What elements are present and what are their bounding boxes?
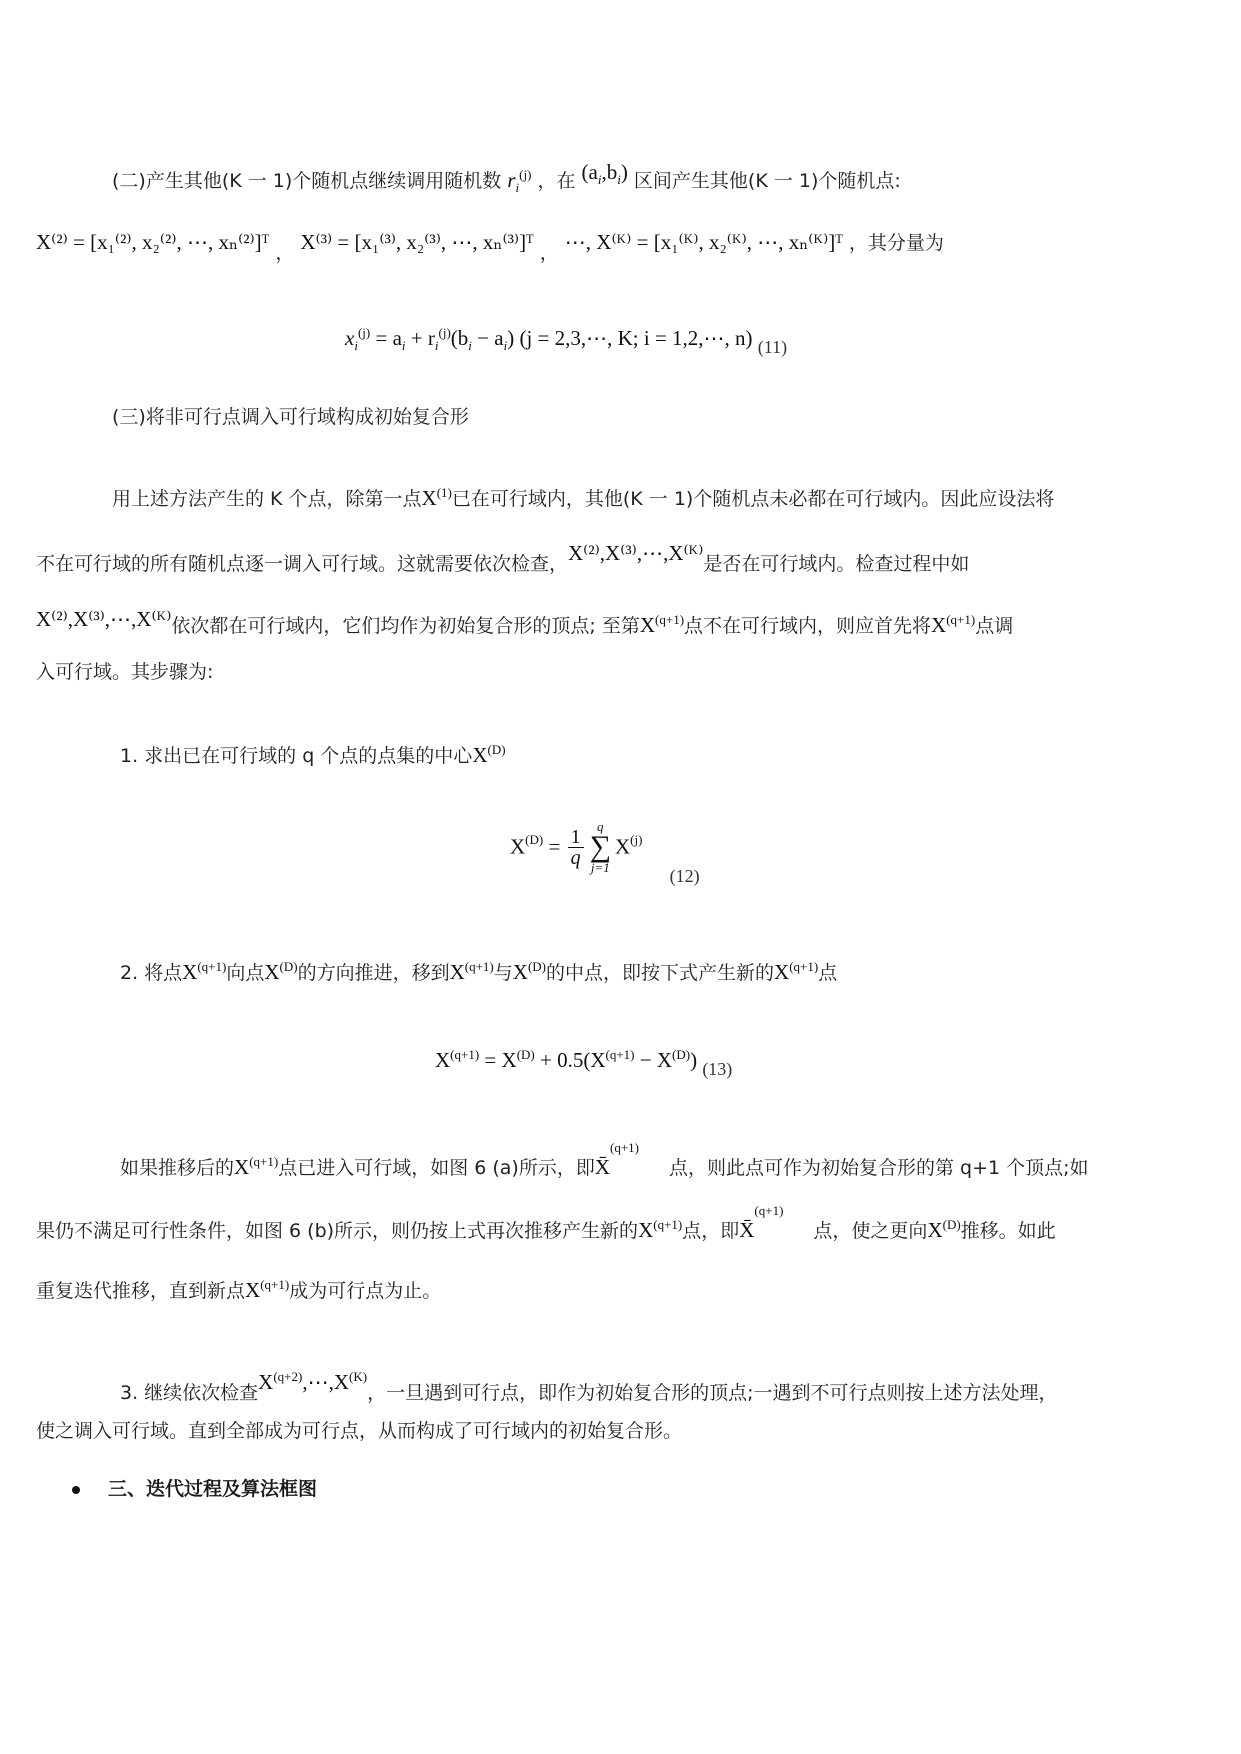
x-sequence-symbol: X⁽²⁾,X⁽³⁾,⋯,X⁽ᴷ⁾ — [36, 607, 171, 631]
step-3-line-1: 3. 继续依次检查X(q+2),⋯,X(K)，一旦遇到可行点，即作为初始复合形的… — [120, 1382, 1057, 1403]
para-3-line-1: 用上述方法产生的 K 个点，除第一点X(1)已在可行域内，其他(K 一 1)个随… — [112, 488, 1054, 509]
para-4-line-1: 如果推移后的X(q+1)点已进入可行域，如图 6 (a)所示，即X̄(q+1)点… — [120, 1157, 1089, 1178]
equation-13: X(q+1) = X(D) + 0.5(X(q+1) − X(D)) (13) — [435, 1050, 732, 1078]
para-3-line-2: 不在可行域的所有随机点逐一调入可行域。这就需要依次检查，X⁽²⁾,X⁽³⁾,⋯,… — [36, 553, 969, 574]
step-2: 2. 将点X(q+1)向点X(D)的方向推进，移到X(q+1)与X(D)的中点，… — [120, 962, 837, 983]
bullet-icon — [72, 1486, 80, 1494]
para-2-suffix: 区间产生其他(K 一 1)个随机点: — [634, 170, 901, 192]
equation-12: X(D) = 1qq∑j=1X(j) (12) — [510, 820, 700, 885]
para-3-heading: (三)将非可行点调入可行域构成初始复合形 — [112, 408, 469, 427]
vector-sep-1: ， — [275, 242, 294, 264]
interval-symbol: (ai,bi) — [582, 160, 628, 184]
equation-11: xi(j) = ai + ri(j)(bi − ai) (j = 2,3,⋯, … — [345, 328, 787, 356]
xq1-symbol: X(q+1) — [640, 613, 684, 637]
vectors-line: X⁽²⁾ = [x₁⁽²⁾, x₂⁽²⁾, ⋯, xₙ⁽²⁾]ᵀ ， X⁽³⁾ … — [36, 232, 944, 253]
para-3-line-3: X⁽²⁾,X⁽³⁾,⋯,X⁽ᴷ⁾依次都在可行域内，它们均作为初始复合形的顶点; … — [36, 615, 1013, 636]
xq1-symbol: X(q+1) — [931, 613, 975, 637]
vector-x2: X⁽²⁾ = [x₁⁽²⁾, x₂⁽²⁾, ⋯, xₙ⁽²⁾]ᵀ — [36, 230, 269, 254]
para-2-mid: ，在 — [537, 170, 575, 192]
vector-xk: ⋯, X⁽ᴷ⁾ = [x₁⁽ᴷ⁾, x₂⁽ᴷ⁾, ⋯, xₙ⁽ᴷ⁾]ᵀ — [565, 230, 843, 254]
para-4-line-3: 重复迭代推移，直到新点X(q+1)成为可行点为止。 — [36, 1280, 441, 1301]
step-1: 1. 求出已在可行域的 q 个点的点集的中心X(D) — [120, 745, 506, 766]
equation-13-number: (13) — [702, 1059, 732, 1079]
vector-x3: X⁽³⁾ = [x₁⁽³⁾, x₂⁽³⁾, ⋯, xₙ⁽³⁾]ᵀ — [300, 230, 533, 254]
section-heading: 三、迭代过程及算法框图 — [72, 1480, 317, 1499]
section-heading-text: 三、迭代过程及算法框图 — [108, 1478, 317, 1500]
equation-12-number: (12) — [670, 866, 700, 886]
vectors-suffix: ，其分量为 — [849, 232, 944, 254]
step-3-line-2: 使之调入可行域。直到全部成为可行点，从而构成了可行域内的初始复合形。 — [36, 1422, 682, 1441]
equation-11-number: (11) — [758, 337, 787, 357]
para-2-prefix: (二)产生其他(K 一 1)个随机点继续调用随机数 — [112, 170, 501, 192]
para-3-line-4: 入可行域。其步骤为: — [36, 663, 213, 682]
para-4-line-2: 果仍不满足可行性条件，如图 6 (b)所示，则仍按上式再次推移产生新的X(q+1… — [36, 1220, 1056, 1241]
fraction: 1q — [568, 827, 584, 868]
summation: q∑j=1 — [590, 820, 611, 874]
x-sequence-symbol: X⁽²⁾,X⁽³⁾,⋯,X⁽ᴷ⁾ — [568, 541, 703, 565]
x1-symbol: X(1) — [422, 486, 452, 510]
xd-symbol: X(D) — [472, 743, 505, 767]
vector-sep-2: ， — [540, 242, 559, 264]
random-number-symbol: ri(j) — [507, 168, 531, 192]
para-2-line: (二)产生其他(K 一 1)个随机点继续调用随机数 ri(j) ，在 (ai,b… — [112, 170, 901, 191]
